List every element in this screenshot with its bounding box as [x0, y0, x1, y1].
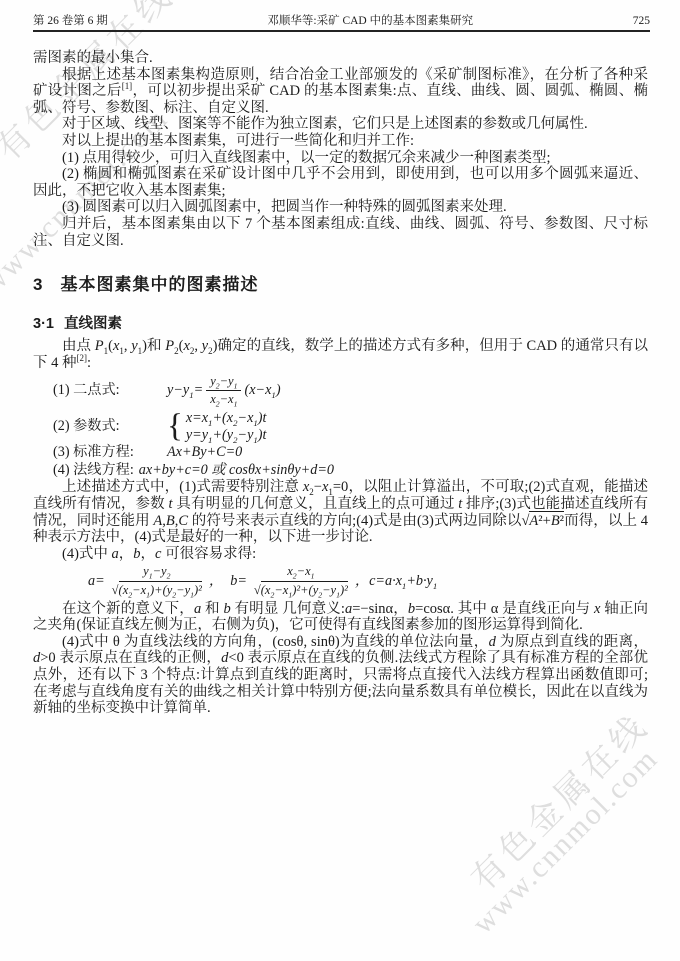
- formula-label: (1) 二点式:: [33, 382, 167, 399]
- watermark-url-bottom: www.cnnmol.com: [466, 742, 665, 941]
- formula-label: (4) 法线方程:: [33, 462, 134, 479]
- formula-text: Ax+By+C=0: [167, 444, 242, 461]
- paragraph: 归并后，基本图素集由以下 7 个基本图素组成:直线、曲线、圆弧、符号、参数图、尺…: [33, 216, 648, 249]
- paragraph: 需图素的最小集合.: [33, 50, 648, 67]
- watermark-cn-bottom: 有色金属在线: [458, 700, 658, 900]
- brace-glyph: {: [167, 410, 183, 443]
- formula-math: a=y1−y2√(x2−x1)+(y2−y1)²， b=x2−x1√(x2−x1…: [88, 563, 437, 599]
- denominator: √(x2−x1)²+(y2−y1)²: [250, 582, 352, 599]
- document-page: 有色金属在线 www.cnnmol.com 有色金属在线 www.cnnmol.…: [0, 0, 680, 961]
- subsection-heading: 3·1直线图素: [33, 316, 648, 333]
- formula-text: y−y1=: [167, 382, 203, 399]
- formula-math: y−y1=y2−y1x2−x1(x−x1): [167, 373, 281, 409]
- formula-text: ， b=: [209, 573, 247, 590]
- section-number: 3: [33, 275, 42, 294]
- formula-text: a=: [88, 573, 105, 590]
- fraction: y1−y2√(x2−x1)+(y2−y1)²: [108, 564, 206, 598]
- fraction: x2−x1√(x2−x1)²+(y2−y1)²: [250, 564, 352, 598]
- paragraph: (4)式中 θ 为直线法线的方向角，(cosθ, sinθ)为直线的单位法向量，…: [33, 634, 648, 717]
- journal-issue: 第 26 卷第 6 期: [33, 12, 108, 28]
- section-heading: 3基本图素集中的图素描述: [33, 277, 648, 294]
- paragraph: 对以上提出的基本图素集，可进行一些简化和归并工作:: [33, 133, 648, 150]
- formula-math: ax+by+c=0 或 cosθx+sinθy+d=0: [139, 462, 334, 479]
- formula-row: (2) 参数式:{x=x1+(x2−x1)ty=y1+(y2−y1)t: [33, 410, 648, 444]
- article-flow: 需图素的最小集合.根据上述基本图素集构造原则，结合冶金工业部颁发的《采矿制图标准…: [33, 50, 648, 717]
- numerator: y2−y1: [206, 374, 241, 392]
- system-lines: x=x1+(x2−x1)ty=y1+(y2−y1)t: [186, 410, 267, 444]
- paragraph: 上述描述方式中，(1)式需要特别注意 x2−x1=0，以阻止计算溢出，不可取;(…: [33, 479, 648, 545]
- paragraph: 根据上述基本图素集构造原则，结合冶金工业部颁发的《采矿制图标准》，在分析了各种采…: [33, 67, 648, 117]
- paragraph: 在这个新的意义下，a 和 b 有明显 几何意义:a=−sinα，b=cosα. …: [33, 601, 648, 634]
- formula-text: (x−x1): [244, 382, 280, 399]
- formula-row: (1) 二点式:y−y1=y2−y1x2−x1(x−x1): [33, 373, 648, 409]
- paragraph: (1) 点用得较少，可归入直线图素中，以一定的数据冗余来减少一种图素类型;: [33, 150, 648, 167]
- paragraph: 由点 P1(x1, y1)和 P2(x2, y2)确定的直线，数学上的描述方式有…: [33, 338, 648, 371]
- formula-math: Ax+By+C=0: [167, 444, 242, 461]
- paragraph: (4)式中 a，b，c 可很容易求得:: [33, 546, 648, 563]
- numerator: x2−x1: [283, 564, 318, 582]
- numerator: y1−y2: [139, 564, 174, 582]
- formula-label: (3) 标准方程:: [33, 444, 167, 461]
- fraction: y2−y1x2−x1: [206, 374, 241, 408]
- formula-row: (3) 标准方程:Ax+By+C=0: [33, 444, 648, 461]
- denominator: √(x2−x1)+(y2−y1)²: [108, 582, 206, 599]
- page-header: 第 26 卷第 6 期 邓顺华等:采矿 CAD 中的基本图素集研究 725: [33, 12, 650, 28]
- running-title: 邓顺华等:采矿 CAD 中的基本图素集研究: [267, 12, 473, 28]
- page-number: 725: [633, 15, 650, 27]
- formula-text: ，c=a·x1+b·y1: [355, 573, 437, 590]
- section-number: 3·1: [33, 316, 54, 332]
- header-rule: [33, 30, 650, 32]
- formula-math: {x=x1+(x2−x1)ty=y1+(y2−y1)t: [167, 410, 266, 444]
- paragraph: (3) 圆图素可以归入圆弧图素中，把圆当作一种特殊的圆弧图素来处理.: [33, 199, 648, 216]
- system-line: y=y1+(y2−y1)t: [186, 427, 267, 444]
- formula-row: a=y1−y2√(x2−x1)+(y2−y1)²， b=x2−x1√(x2−x1…: [88, 563, 648, 599]
- formula-label: (2) 参数式:: [33, 418, 167, 435]
- denominator: x2−x1: [206, 391, 241, 408]
- paragraph: (2) 椭圆和椭弧图素在采矿设计图中几乎不会用到，即使用到，也可以用多个圆弧来逼…: [33, 166, 648, 199]
- formula-row: (4) 法线方程:ax+by+c=0 或 cosθx+sinθy+d=0: [33, 462, 648, 479]
- formula-text: ax+by+c=0 或 cosθx+sinθy+d=0: [139, 462, 334, 479]
- system-line: x=x1+(x2−x1)t: [186, 410, 267, 427]
- section-title: 基本图素集中的图素描述: [60, 275, 258, 294]
- section-title: 直线图素: [64, 316, 122, 332]
- paragraph: 对于区域、线型、图案等不能作为独立图素，它们只是上述图素的参数或几何属性.: [33, 116, 648, 133]
